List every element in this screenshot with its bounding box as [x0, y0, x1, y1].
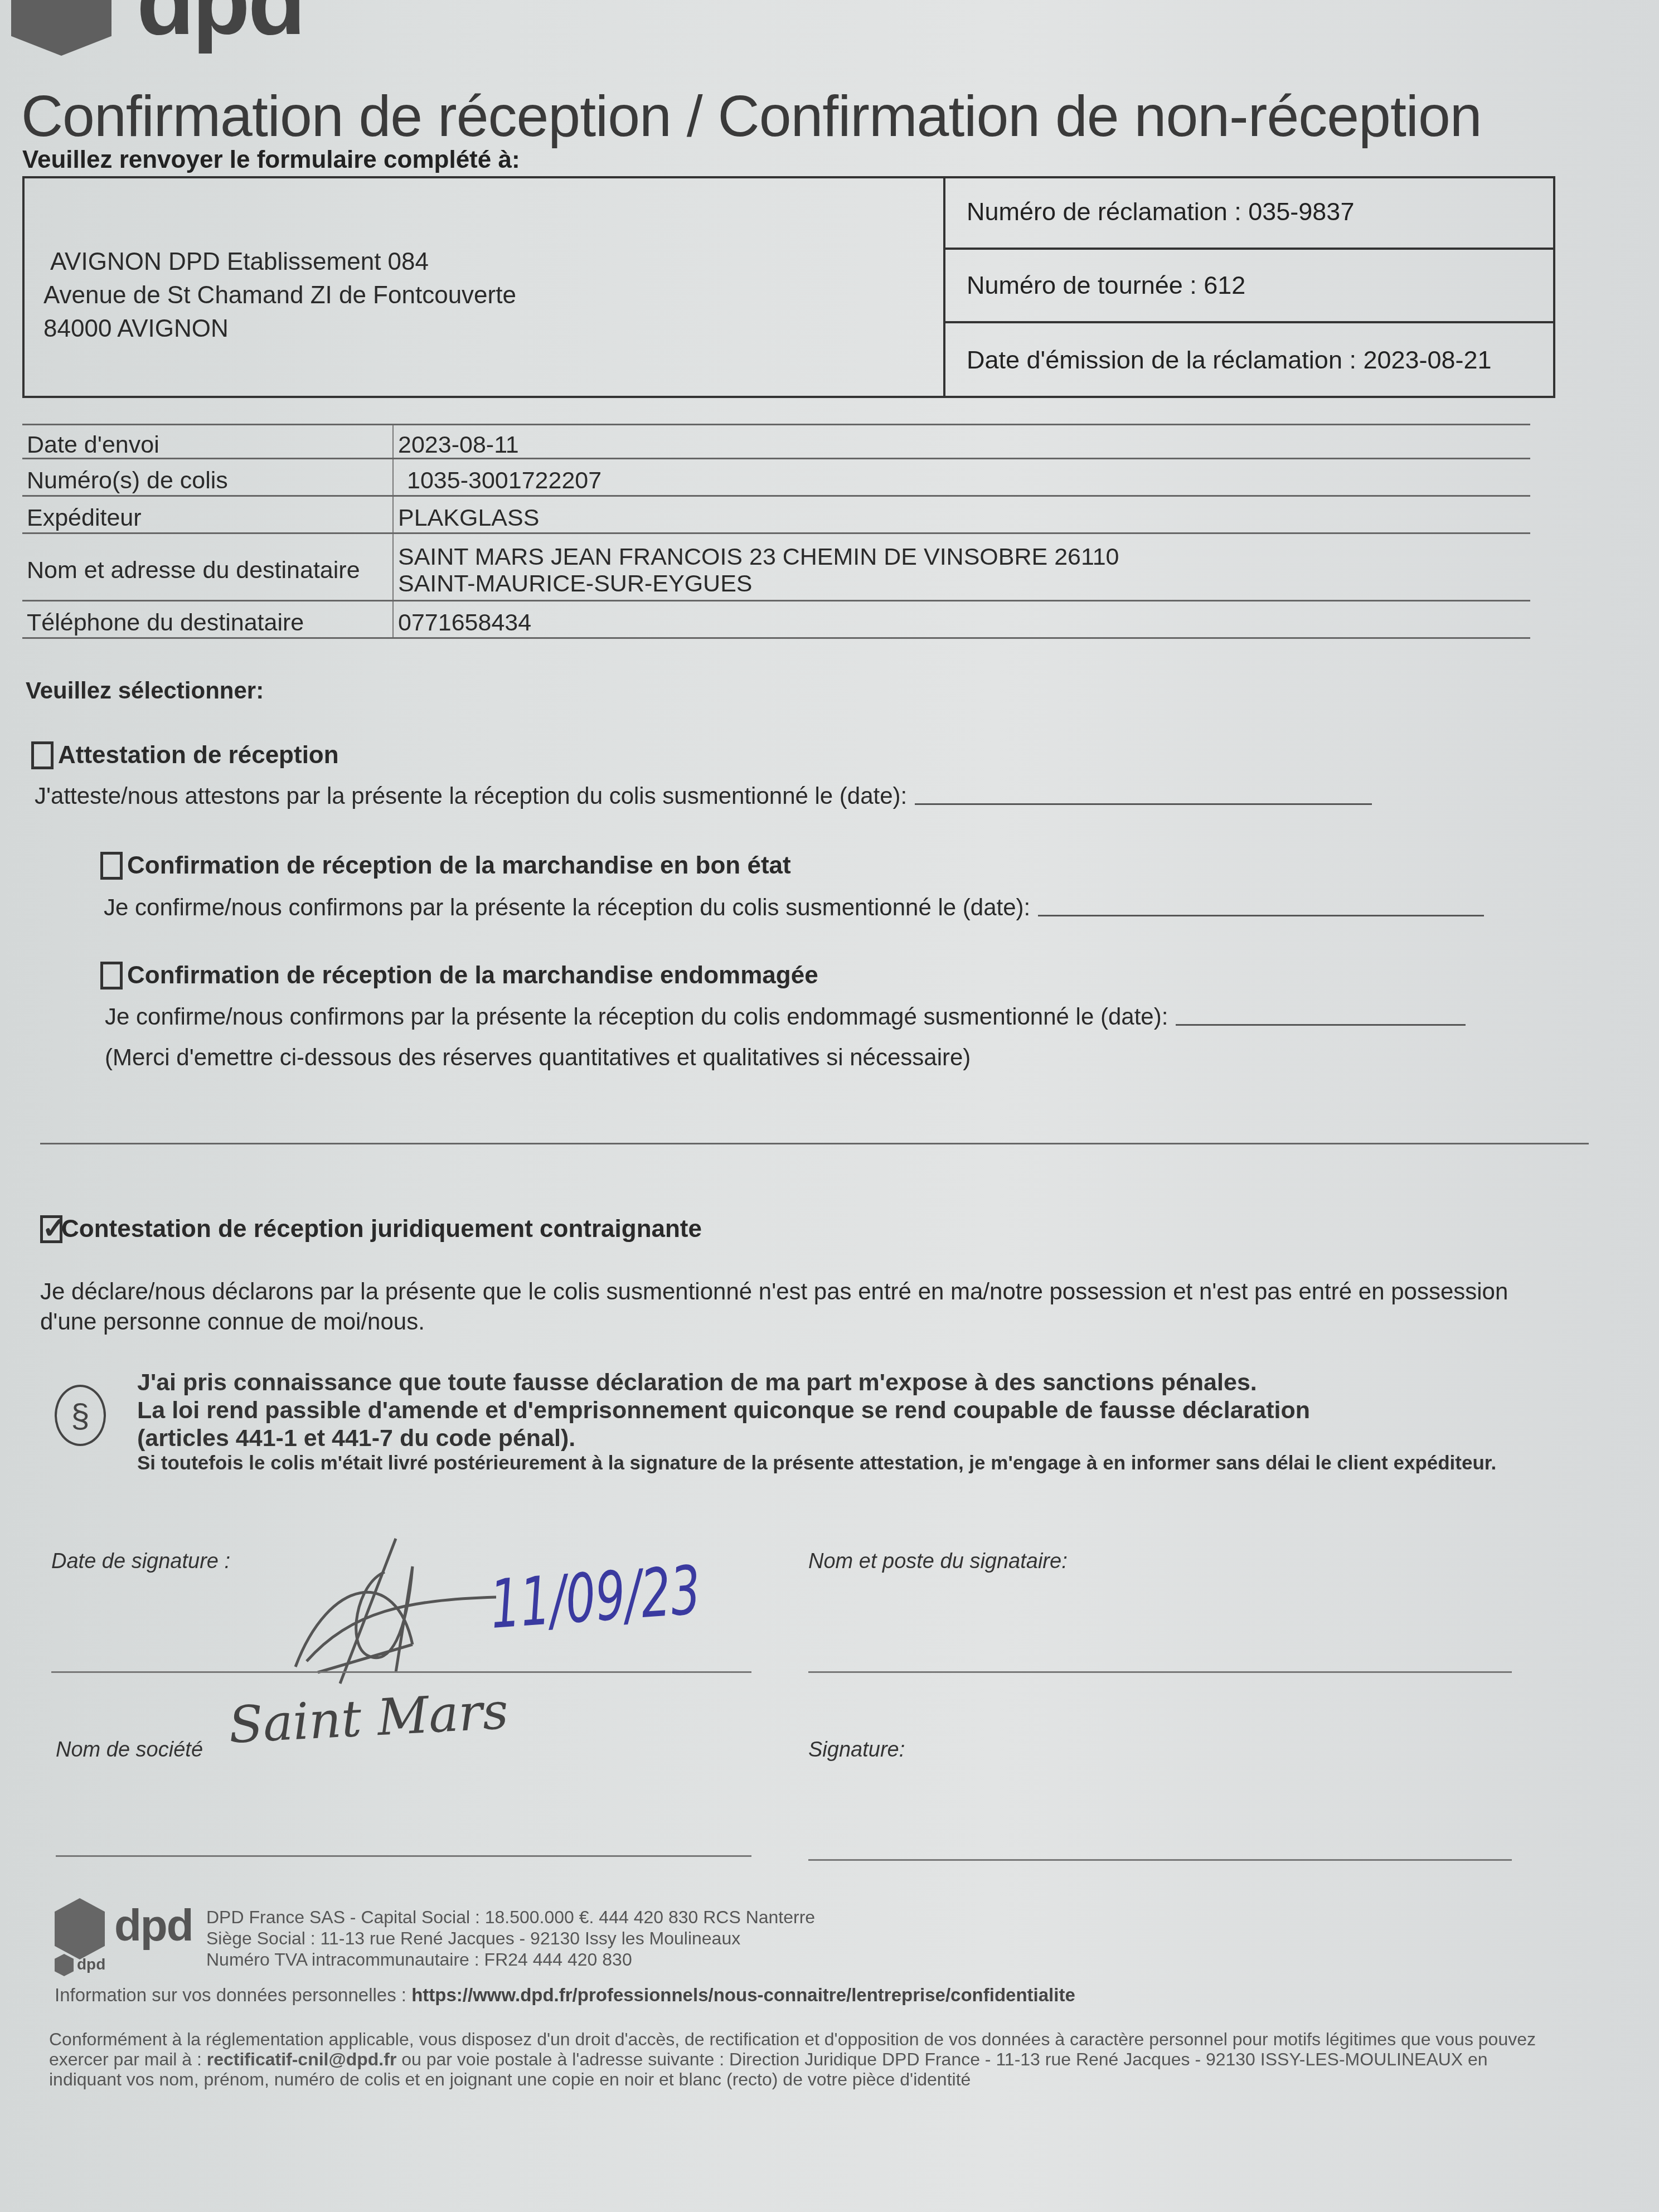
table-row: Date d'envoi 2023-08-11: [22, 424, 1530, 458]
dpd-logo-text: dpd: [137, 0, 304, 56]
parcel-number-value: 1035-3001722207: [398, 467, 1526, 494]
damaged-checkbox[interactable]: [100, 962, 123, 989]
table-row: Expéditeur PLAKGLASS: [22, 495, 1530, 532]
legal-line2: La loi rend passible d'amende et d'empri…: [137, 1396, 1496, 1424]
option-reception-attestation: Attestation de réception: [31, 741, 339, 769]
option-damaged: Confirmation de réception de la marchand…: [100, 962, 818, 989]
route-number-label: Numéro de tournée: [967, 271, 1183, 300]
row-label: Expéditeur: [22, 497, 394, 532]
company-name-field[interactable]: [56, 1855, 751, 1857]
footer-small-logo: dpd: [77, 1956, 105, 1973]
option-title: Attestation de réception: [58, 741, 339, 769]
signature-label: Signature:: [808, 1738, 905, 1762]
company-name-label: Nom de société: [56, 1738, 203, 1762]
option-title: Confirmation de réception de la marchand…: [127, 852, 791, 880]
privacy-link[interactable]: https://www.dpd.fr/professionnels/nous-c…: [411, 1985, 1075, 2005]
signature-date-handwritten: 11/09/23: [488, 1552, 703, 1644]
recipient-address-line2: SAINT-MAURICE-SUR-EYGUES: [398, 570, 1526, 597]
claim-number: Numéro de réclamation : 035-9837: [945, 176, 1555, 250]
option-description: Je confirme/nous confirmons par la prése…: [104, 894, 1030, 921]
recipient-address-line1: SAINT MARS JEAN FRANCOIS 23 CHEMIN DE VI…: [398, 544, 1526, 570]
damaged-date-field[interactable]: [1176, 1024, 1466, 1026]
signer-name-label: Nom et poste du signataire:: [808, 1550, 1068, 1574]
page-title: Confirmation de réception / Confirmation…: [21, 84, 1482, 150]
row-label: Numéro(s) de colis: [22, 459, 394, 495]
selection-heading: Veuillez sélectionner:: [26, 677, 264, 704]
row-label: Téléphone du destinataire: [22, 601, 394, 637]
contestation-checkbox[interactable]: [40, 1215, 62, 1243]
legal-line3: (articles 441-1 et 441-7 du code pénal).: [137, 1424, 1496, 1452]
option-title: Contestation de réception juridiquement …: [61, 1215, 702, 1243]
route-number-value: 612: [1204, 271, 1245, 300]
footer-small-cube-icon: [55, 1954, 74, 1976]
table-row: Numéro(s) de colis 1035-3001722207: [22, 458, 1530, 495]
ship-date-value: 2023-08-11: [398, 431, 1526, 459]
row-value: PLAKGLASS: [394, 497, 1530, 532]
row-value: 0771658434: [394, 601, 1530, 637]
gdpr-notice: Conformément à la réglementation applica…: [49, 2029, 1554, 2089]
legal-notice: J'ai pris connaissance que toute fausse …: [137, 1369, 1496, 1474]
claim-issue-date-label: Date d'émission de la réclamation: [967, 346, 1342, 375]
good-condition-checkbox[interactable]: [100, 852, 123, 880]
sender-value: PLAKGLASS: [398, 505, 1526, 532]
return-address: AVIGNON DPD Etablissement 084 Avenue de …: [43, 245, 516, 346]
return-address-line2: Avenue de St Chamand ZI de Fontcouverte: [43, 279, 516, 312]
contestation-text: Je déclare/nous déclarons par la présent…: [40, 1277, 1545, 1337]
table-row: Nom et adresse du destinataire SAINT MAR…: [22, 532, 1530, 600]
return-address-line1: AVIGNON DPD Etablissement 084: [43, 245, 516, 279]
claim-issue-date: Date d'émission de la réclamation : 2023…: [945, 323, 1555, 397]
recipient-phone-value: 0771658434: [398, 609, 1526, 637]
route-number: Numéro de tournée : 612: [945, 250, 1555, 323]
signature-date-label: Date de signature :: [51, 1550, 230, 1574]
dpd-logo-icon: [11, 0, 111, 56]
legal-line4: Si toutefois le colis m'était livré post…: [137, 1452, 1496, 1474]
gdpr-email-link[interactable]: rectificatif-cnil@dpd.fr: [207, 2049, 397, 2069]
option-text: J'atteste/nous attestons par la présente…: [35, 783, 1372, 809]
reserves-field-line[interactable]: [40, 1143, 1589, 1144]
row-value: SAINT MARS JEAN FRANCOIS 23 CHEMIN DE VI…: [394, 534, 1530, 600]
option-title: Confirmation de réception de la marchand…: [127, 962, 818, 989]
option-text: Je confirme/nous confirmons par la prése…: [105, 1003, 1466, 1030]
signature-field[interactable]: [808, 1859, 1512, 1861]
legal-line1: J'ai pris connaissance que toute fausse …: [137, 1369, 1496, 1396]
damaged-note: (Merci d'emettre ci-dessous des réserves…: [105, 1042, 971, 1073]
option-contestation: Contestation de réception juridiquement …: [40, 1215, 702, 1243]
table-row: Téléphone du destinataire 0771658434: [22, 600, 1530, 639]
row-label: Nom et adresse du destinataire: [22, 534, 394, 600]
return-instruction: Veuillez renvoyer le formulaire complété…: [22, 146, 520, 174]
return-address-line3: 84000 AVIGNON: [43, 312, 516, 346]
claim-issue-date-value: 2023-08-21: [1363, 346, 1491, 375]
good-condition-date-field[interactable]: [1038, 915, 1484, 916]
reception-attestation-checkbox[interactable]: [31, 741, 54, 769]
company-name-handwritten: Saint Mars: [227, 1682, 510, 1755]
claim-number-value: 035-9837: [1248, 197, 1354, 226]
claim-number-label: Numéro de réclamation: [967, 197, 1228, 226]
company-capital: DPD France SAS - Capital Social : 18.500…: [206, 1907, 815, 1928]
option-description: Je confirme/nous confirmons par la prése…: [105, 1003, 1168, 1030]
row-value: 2023-08-11: [394, 425, 1530, 458]
shipment-details-table: Date d'envoi 2023-08-11 Numéro(s) de col…: [22, 424, 1530, 639]
row-value: 1035-3001722207: [394, 459, 1530, 495]
row-label: Date d'envoi: [22, 425, 394, 458]
handwritten-signature-icon: [229, 1533, 507, 1689]
reception-date-field[interactable]: [915, 803, 1372, 805]
footer-company-info: DPD France SAS - Capital Social : 18.500…: [206, 1907, 815, 1970]
option-good-condition: Confirmation de réception de la marchand…: [100, 852, 791, 880]
footer-dpd-logo: dpd: [114, 1900, 193, 1951]
privacy-info: Information sur vos données personnelles…: [55, 1985, 1075, 2006]
option-text: Je confirme/nous confirmons par la prése…: [104, 894, 1484, 921]
signature-date-field[interactable]: [51, 1671, 751, 1673]
company-headquarters: Siège Social : 11-13 rue René Jacques - …: [206, 1928, 815, 1949]
company-vat: Numéro TVA intracommunautaire : FR24 444…: [206, 1949, 815, 1970]
signer-name-field[interactable]: [808, 1671, 1512, 1673]
option-description: J'atteste/nous attestons par la présente…: [35, 783, 907, 809]
footer-dpd-cube-icon: [55, 1898, 105, 1959]
section-sign-icon: §: [55, 1385, 106, 1446]
privacy-info-label: Information sur vos données personnelles…: [55, 1985, 406, 2005]
